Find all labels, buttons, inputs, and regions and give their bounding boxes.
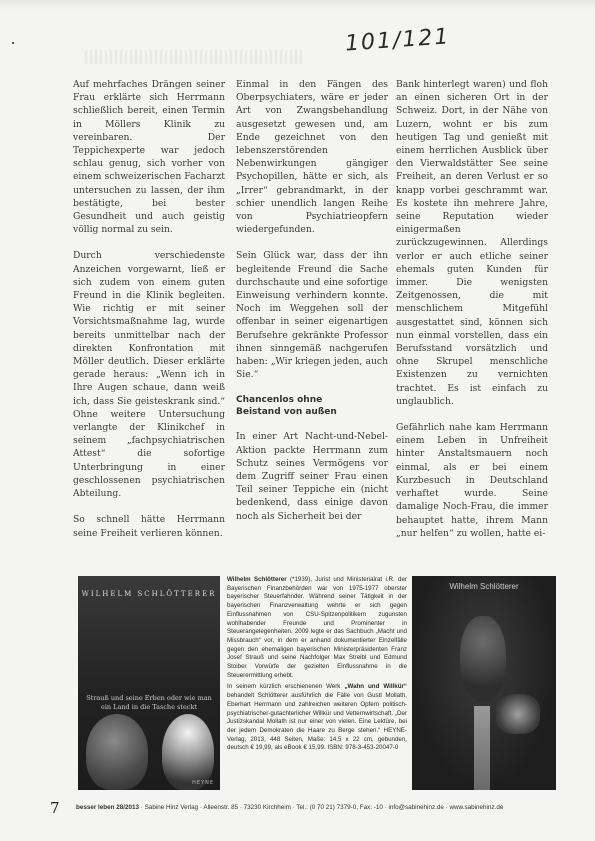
cover-author: WILHELM SCHLÖTTERER — [78, 590, 220, 598]
article-column-2: Einmal in den Fängen des Oberpsychiaters… — [236, 78, 388, 536]
portrait-head-icon — [86, 714, 148, 790]
paragraph: Bank hinterlegt waren) und floh an einen… — [396, 78, 548, 408]
author-name: Wilhelm Schlötterer — [227, 576, 287, 583]
paragraph: Durch verschiedenste Anzeichen vorgewarn… — [73, 249, 225, 500]
magazine-issue: besser leben 28/2013 — [76, 804, 139, 811]
author-bio: Wilhelm Schlötterer (*1939), Jurist und … — [227, 576, 407, 680]
paragraph: Einmal in den Fängen des Oberpsychiaters… — [236, 78, 388, 236]
faded-stamp — [85, 50, 305, 64]
section-subheading: Chancenlos ohne Beistand von außen — [236, 394, 388, 418]
face-icon — [460, 616, 506, 702]
book-info: In seinem kürzlich erschienenen Werk „Wa… — [227, 683, 407, 753]
cover-publisher: HEYNE — [192, 780, 214, 786]
paragraph: Gefährlich nahe kam Herrmann einem Leben… — [396, 421, 548, 540]
book-advertisement: WILHELM SCHLÖTTERER Strauß und seine Erb… — [78, 576, 556, 790]
subheading-line: Beistand von außen — [236, 406, 388, 418]
paragraph: So schnell hätte Herrmann seine Freiheit… — [73, 513, 225, 539]
book-cover-image: WILHELM SCHLÖTTERER Strauß und seine Erb… — [78, 576, 220, 790]
paragraph: Sein Glück war, dass der ihn begleitende… — [236, 249, 388, 381]
cover-subtitle: Strauß und seine Erben oder wie man ein … — [86, 694, 212, 712]
article-column-1: Auf mehrfaches Drängen seiner Frau erklä… — [73, 78, 225, 553]
paragraph: In einer Art Nacht-und-Nebel-Aktion pack… — [236, 430, 388, 522]
article-column-3: Bank hinterlegt waren) und floh an einen… — [396, 78, 548, 553]
scan-speck — [12, 42, 14, 44]
book-title: „Wahn und Willkür“ — [344, 683, 407, 690]
page-footer: besser leben 28/2013 · Sabine Hinz Verla… — [76, 804, 556, 811]
page-number: 7 — [50, 799, 60, 817]
subheading-line: Chancenlos ohne — [236, 394, 388, 406]
portrait-caption: Wilhelm Schlötterer — [412, 582, 556, 591]
tie-icon — [474, 706, 490, 790]
hand-icon — [496, 694, 540, 734]
author-portrait-image: Wilhelm Schlötterer — [412, 576, 556, 790]
book-description: Wilhelm Schlötterer (*1939), Jurist und … — [227, 576, 407, 756]
publisher-contact: · Sabine Hinz Verlag · Alleenstr. 85 · 7… — [139, 804, 503, 811]
paragraph: Auf mehrfaches Drängen seiner Frau erklä… — [73, 78, 225, 236]
scan-top-edge — [0, 0, 595, 10]
portrait-head-icon — [162, 714, 214, 790]
handwritten-page-number: 101/121 — [344, 24, 451, 56]
